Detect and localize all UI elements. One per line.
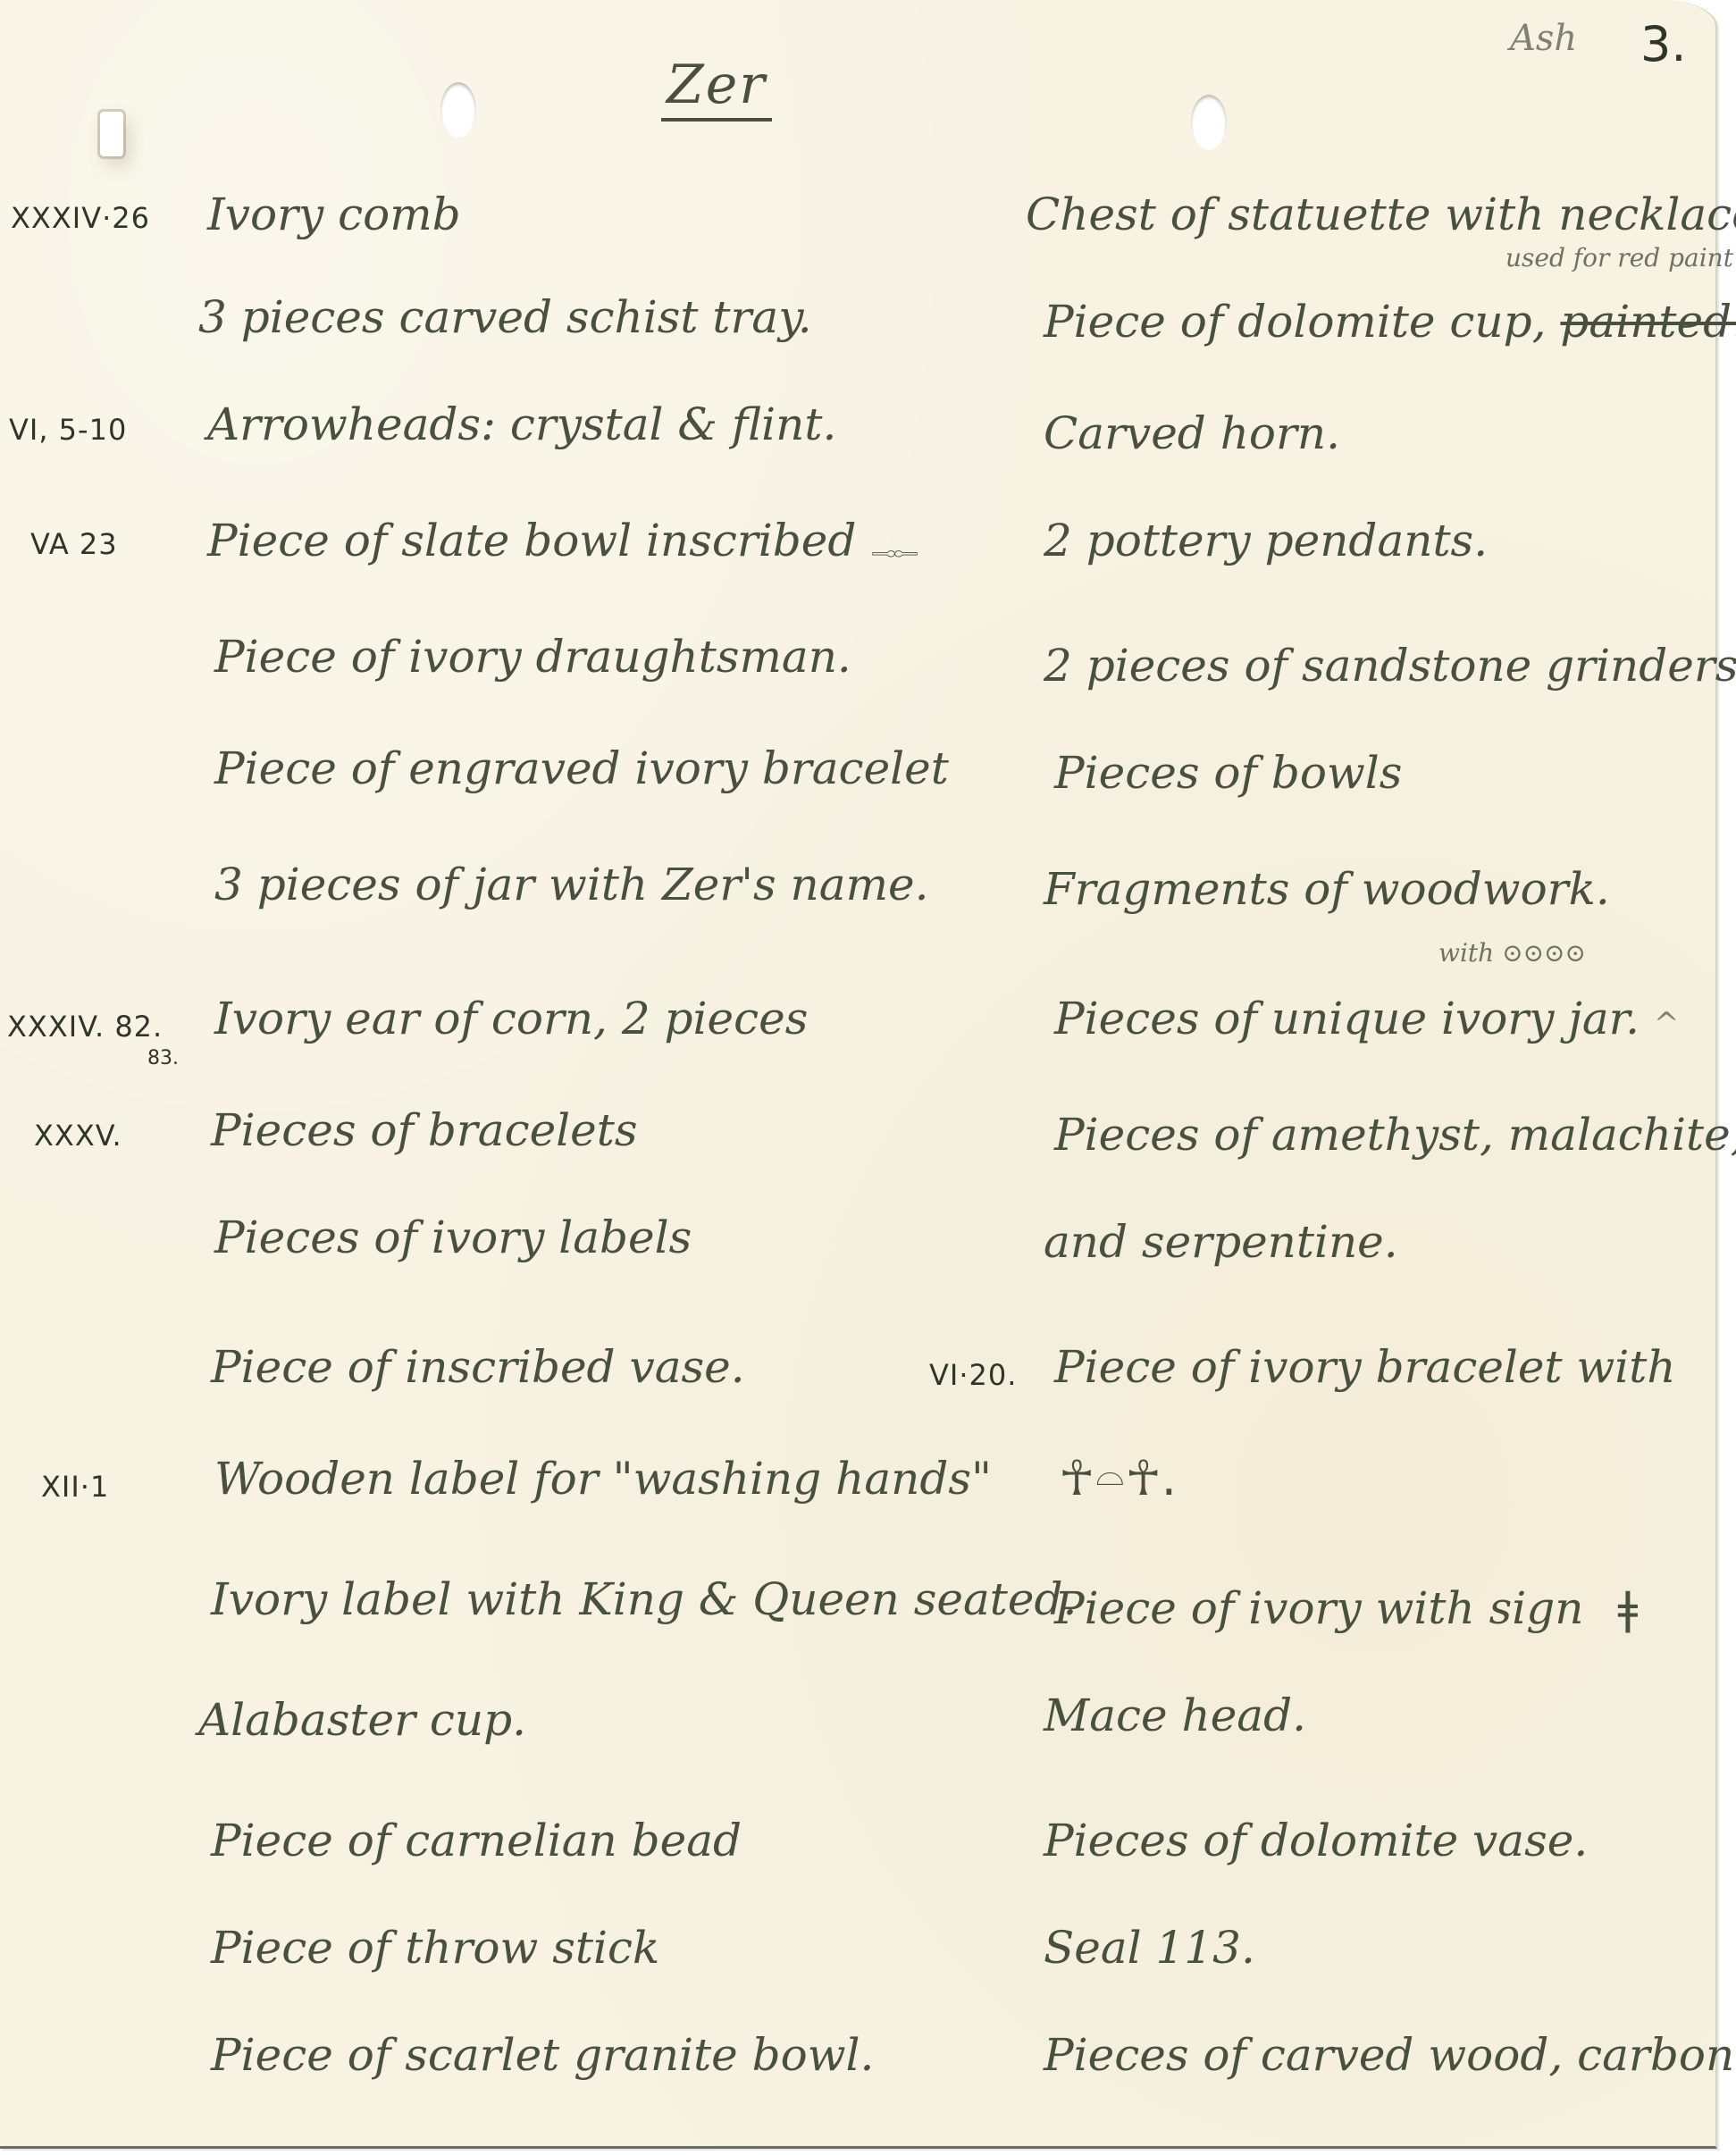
- entry-ref: VI·20.: [929, 1358, 1017, 1392]
- punch-hole-left: [440, 82, 476, 138]
- list-item: Pieces of ivory labels: [214, 1211, 692, 1264]
- list-item: 3 pieces of jar with Zer's name.: [214, 858, 928, 911]
- page-reference: Ash: [1510, 18, 1577, 59]
- list-item: Pieces of carved wood, carbonized.: [1044, 2028, 1736, 2082]
- list-item: 3 pieces carved schist tray.: [198, 290, 812, 344]
- list-item: and serpentine.: [1044, 1215, 1398, 1269]
- annotation: used for red paint: [1505, 243, 1733, 273]
- list-item: Piece of throw stick: [211, 1921, 659, 1975]
- torn-hole: [100, 112, 123, 156]
- list-item: Piece of ivory bracelet with: [1054, 1340, 1676, 1394]
- list-item: Piece of engraved ivory bracelet: [214, 742, 949, 795]
- list-item: Seal 113.: [1044, 1921, 1255, 1975]
- entry-ref: XXXIV. 82.: [7, 1010, 163, 1044]
- entry-ref: VA 23: [30, 527, 118, 561]
- list-item: Carved horn.: [1044, 407, 1340, 460]
- list-item: Piece of slate bowl inscribed 𓊃: [207, 514, 919, 571]
- manuscript-page: Ash 3. Zer XXXIV·26 Ivory comb 3 pieces …: [0, 0, 1717, 2149]
- list-item: Pieces of amethyst, malachite,: [1054, 1108, 1736, 1161]
- struck-text: painted.: [1560, 296, 1736, 348]
- entry-text: Piece of ivory with sign: [1054, 1582, 1583, 1634]
- list-item: Ivory label with King & Queen seated.: [211, 1572, 1077, 1626]
- list-item: Alabaster cup.: [198, 1693, 526, 1747]
- list-item: Ivory comb: [207, 188, 461, 241]
- entry-text: Piece of dolomite cup,: [1044, 296, 1547, 348]
- list-item: Pieces of unique ivory jar. ^: [1054, 992, 1679, 1051]
- list-item: Piece of dolomite cup, painted.: [1044, 295, 1736, 348]
- list-item: 2 pottery pendants.: [1044, 514, 1488, 567]
- list-item: Pieces of bracelets: [211, 1103, 638, 1157]
- hieroglyph-ankh-icon: ☥𓏏☥.: [1059, 1452, 1177, 1505]
- list-item: Fragments of woodwork.: [1044, 862, 1610, 916]
- page-title: Zer: [661, 54, 772, 122]
- hieroglyph-serekh-icon: 𓊃: [870, 524, 918, 565]
- list-item: 2 pieces of sandstone grinders.: [1044, 639, 1736, 692]
- list-item: Piece of ivory draughtsman.: [214, 630, 851, 683]
- entry-ref: XXXV.: [34, 1119, 122, 1153]
- list-item: Pieces of bowls: [1054, 746, 1402, 800]
- page-number: 3.: [1640, 16, 1687, 72]
- list-item: Arrowheads: crystal & flint.: [207, 398, 836, 451]
- hieroglyph-sign-icon: ǂ: [1617, 1582, 1638, 1634]
- list-item: Chest of statuette with necklace.: [1026, 188, 1736, 241]
- entry-ref: VI, 5-10: [9, 413, 127, 447]
- entry-ref: XXXIV·26: [11, 201, 150, 235]
- entry-text: Pieces of unique ivory jar.: [1054, 993, 1640, 1044]
- entry-text: Piece of slate bowl inscribed: [207, 515, 856, 566]
- list-item: Ivory ear of corn, 2 pieces: [214, 992, 808, 1045]
- punch-hole-right: [1191, 95, 1227, 150]
- list-item: Piece of scarlet granite bowl.: [211, 2028, 874, 2082]
- list-item: Piece of inscribed vase.: [211, 1340, 745, 1394]
- entry-ref-sub: 83.: [147, 1047, 179, 1069]
- caret-mark: ^: [1654, 1006, 1680, 1042]
- entry-ref: XII·1: [41, 1470, 109, 1504]
- list-item: Piece of carnelian bead: [211, 1814, 742, 1867]
- list-item: Pieces of dolomite vase.: [1044, 1814, 1588, 1867]
- list-item: Piece of ivory with sign ǂ: [1054, 1581, 1638, 1635]
- list-item: Wooden label for "washing hands": [214, 1452, 992, 1505]
- list-item: Mace head.: [1044, 1689, 1306, 1742]
- annotation: with ⊙⊙⊙⊙: [1438, 938, 1586, 968]
